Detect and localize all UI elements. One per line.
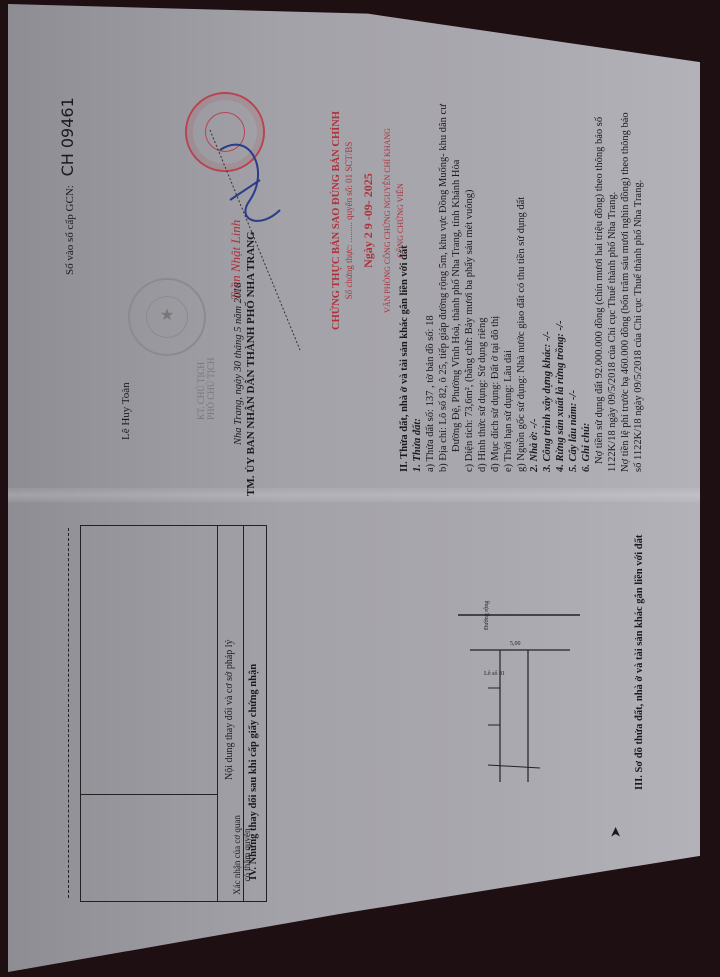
deputy-title-1: KT. CHỦ TỊCH: [196, 358, 206, 420]
registry-number: Số vào sổ cấp GCN: CH 09461: [58, 97, 77, 275]
road-label: Đường rộng 5,0m: [484, 600, 490, 630]
note-1: Nợ tiền sử dụng đất 92.000.000 đồng (chí…: [593, 104, 606, 472]
svg-text:5,00: 5,00: [510, 641, 521, 647]
certification-number: Số chứng thực: ......... quyển số: 01 SC…: [343, 111, 356, 330]
area: c) Diện tích: 73,6m², (bằng chữ: Bảy mươ…: [463, 104, 476, 472]
note-4: số 1122K/18 ngày 09/5/2018 của Chi cục T…: [632, 104, 645, 472]
house: 2. Nhà ở: -/-: [528, 104, 541, 472]
address-line2: Đường Đệ, Phường Vĩnh Hoà, thành phố Nha…: [450, 104, 463, 472]
forest: 4. Rừng sản xuất là rừng trồng: -/-: [554, 104, 567, 472]
usage-purpose: đ) Mục đích sử dụng: Đất ở tại đô thị: [489, 104, 502, 472]
registry-label: Số vào sổ cấp GCN:: [64, 185, 76, 275]
table-divider-2: [217, 526, 218, 901]
place-date: Nha Trang, ngày 30 tháng 5 năm 2018: [232, 231, 245, 496]
section-ii: II. Thửa đất, nhà ở và tài sản khác gắn …: [398, 104, 645, 472]
signing-authority: TM. ỦY BAN NHÂN DÂN THÀNH PHỐ NHA TRANG: [245, 231, 258, 496]
north-arrow-icon: ➤: [608, 826, 625, 838]
certification-title: CHỨNG THỰC BẢN SAO ĐÚNG BẢN CHÍNH: [330, 111, 343, 330]
land-heading: 1. Thửa đất:: [411, 104, 424, 472]
deputy-title-2: PHÓ CHỦ TỊCH: [206, 358, 216, 420]
signing-block: Nha Trang, ngày 30 tháng 5 năm 2018 TM. …: [232, 231, 258, 496]
parcel-number: a) Thửa đất số: 137 , tờ bản đồ số: 18: [424, 104, 437, 472]
notes-heading: 6. Ghi chú:: [580, 104, 593, 472]
authority-seal: ★: [128, 278, 206, 356]
certification-date: Ngày 2 9 -09- 2025: [362, 111, 375, 330]
star-icon: ★: [146, 296, 188, 338]
signer-name: Lê Huy Toàn: [120, 382, 132, 440]
usage-origin: g) Nguồn gốc sử dụng: Nhà nước giao đất …: [515, 104, 528, 472]
other-works: 3. Công trình xây dựng khác: -/-: [541, 104, 554, 472]
notary-office: VĂN PHÒNG CÔNG CHỨNG NGUYỄN CHÍ KHANG: [381, 111, 394, 330]
perennial-trees: 5. Cây lâu năm: -/-: [567, 104, 580, 472]
table-col-divider: [81, 794, 218, 795]
svg-text:Lô số 81: Lô số 81: [484, 670, 505, 677]
parcel-diagram: Đường rộng 5,0m Lô số 81 5,00: [450, 600, 590, 790]
changes-col-confirm: Xác nhận của cơ quan có thẩm quyền: [232, 810, 252, 900]
certification-block: CHỨNG THỰC BẢN SAO ĐÚNG BẢN CHÍNH Số chứ…: [330, 111, 407, 330]
address: b) Địa chỉ: Lô số 82, ô 25, tiếp giáp đư…: [437, 104, 450, 472]
note-3: Nợ tiền lệ phí trước bạ 460.000 đồng (bố…: [619, 104, 632, 472]
note-2: 1122K/18 ngày 09/5/2018 của Chi cục Thuế…: [606, 104, 619, 472]
notary-role: CÔNG CHỨNG VIÊN: [394, 111, 407, 330]
usage-term: e) Thời hạn sử dụng: Lâu dài: [502, 104, 515, 472]
changes-col-content: Nội dung thay đổi và cơ sở pháp lý: [224, 639, 235, 780]
page-fold: [8, 488, 700, 502]
usage-form: d) Hình thức sử dụng: Sử dụng riêng: [476, 104, 489, 472]
cut-line: [68, 528, 69, 898]
registry-value: CH 09461: [58, 97, 77, 176]
deputy-title: KT. CHỦ TỊCH PHÓ CHỦ TỊCH: [196, 358, 216, 420]
section-iii-title: III. Sơ đồ thửa đất, nhà ở và tài sản kh…: [634, 535, 645, 790]
